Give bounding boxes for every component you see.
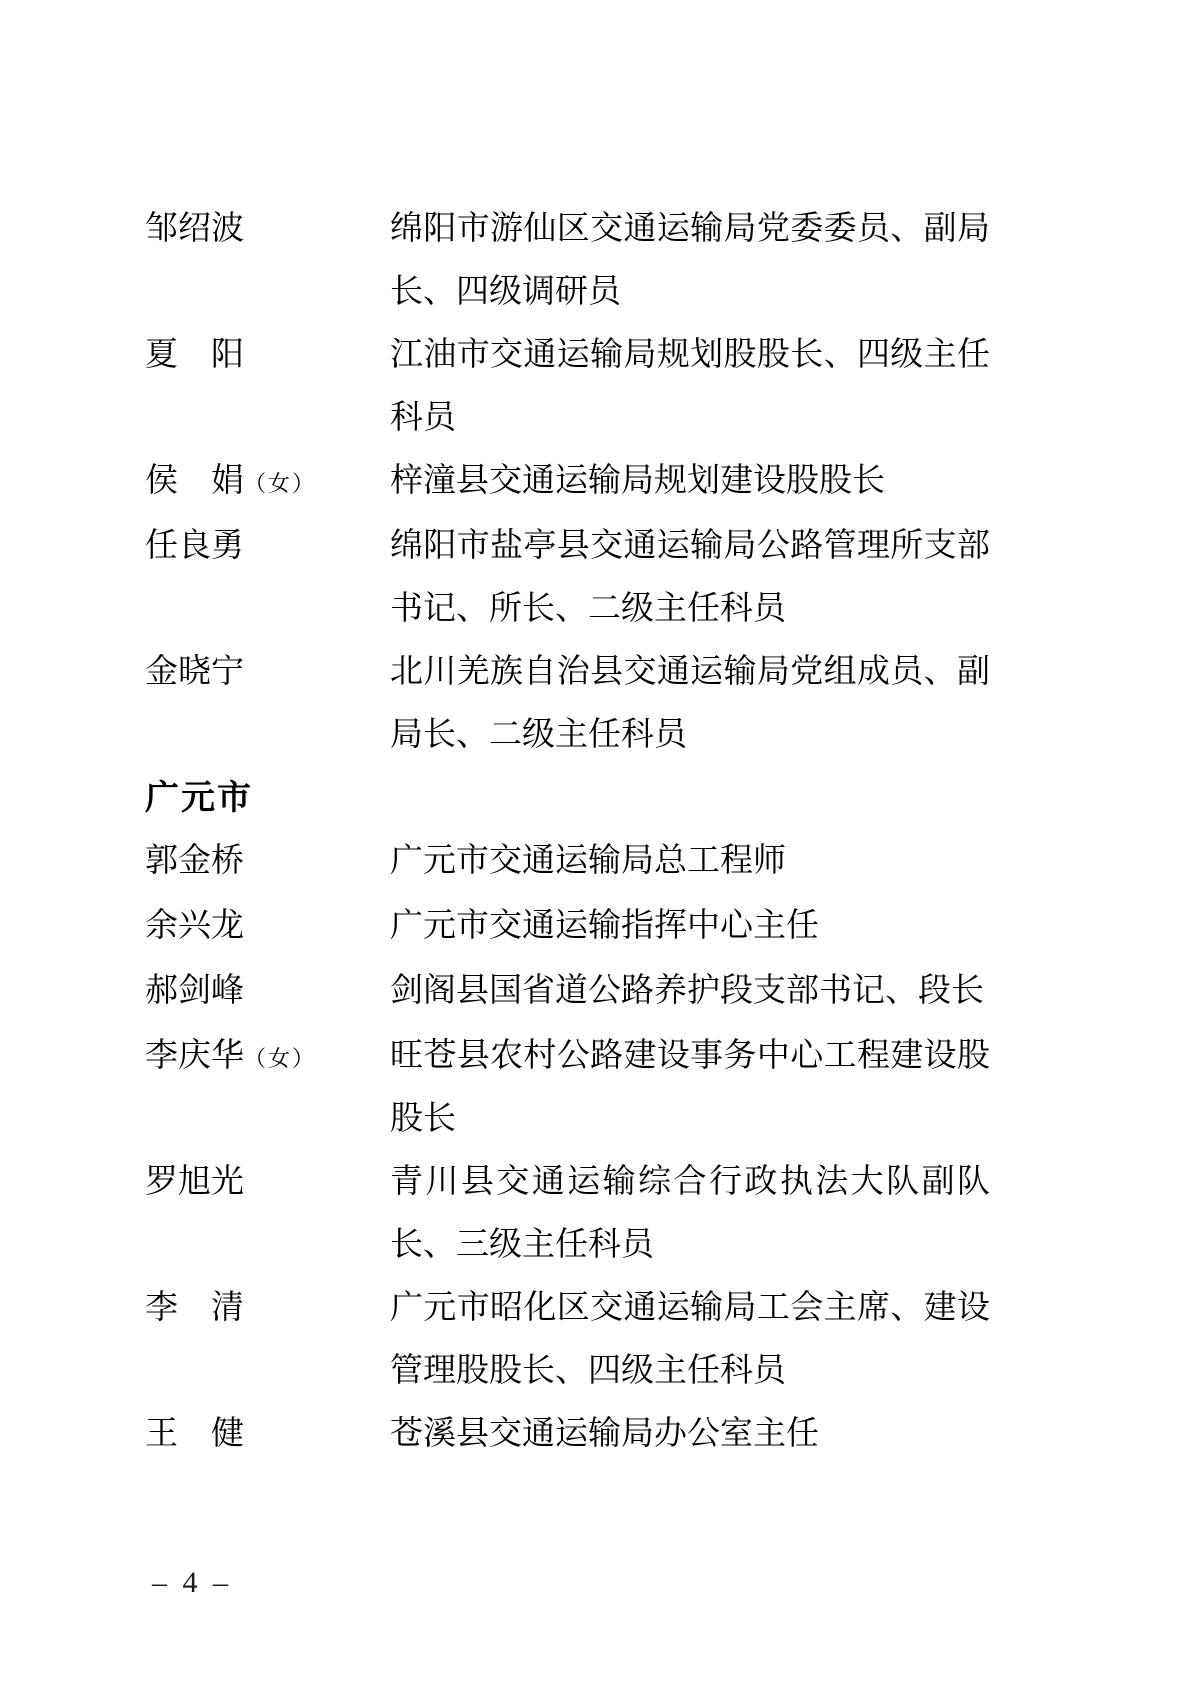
person-name: 邹绍波 xyxy=(145,198,390,263)
page-number: – 4 – xyxy=(152,1563,232,1603)
person-name: 夏 阳 xyxy=(145,324,390,389)
roster-entry: 罗旭光 青川县交通运输综合行政执法大队副队长、三级主任科员 xyxy=(145,1151,1005,1277)
position-title: 江油市交通运输局规划股股长、四级主任科员 xyxy=(390,324,990,450)
position-title: 梓潼县交通运输局规划建设股股长 xyxy=(390,450,990,513)
person-name: 侯 娟（女） xyxy=(145,450,390,515)
person-name: 李 清 xyxy=(145,1277,390,1342)
person-name-text: 侯 娟 xyxy=(145,463,244,499)
person-name-text: 夏 阳 xyxy=(145,337,244,373)
person-name-text: 郭金桥 xyxy=(145,843,244,879)
roster-entry: 侯 娟（女） 梓潼县交通运输局规划建设股股长 xyxy=(145,450,1005,515)
position-title: 广元市昭化区交通运输局工会主席、建设管理股股长、四级主任科员 xyxy=(390,1277,990,1403)
roster-entry: 金晓宁 北川羌族自治县交通运输局党组成员、副局长、二级主任科员 xyxy=(145,641,1005,767)
roster-entry: 李庆华（女） 旺苍县农村公路建设事务中心工程建设股股长 xyxy=(145,1025,1005,1151)
position-title: 广元市交通运输局总工程师 xyxy=(390,830,990,893)
commendation-roster: 邹绍波 绵阳市游仙区交通运输局党委委员、副局长、四级调研员 夏 阳 江油市交通运… xyxy=(145,198,1005,1468)
position-title: 剑阁县国省道公路养护段支部书记、段长 xyxy=(390,960,990,1023)
person-name: 郭金桥 xyxy=(145,830,390,895)
roster-entry: 郝剑峰 剑阁县国省道公路养护段支部书记、段长 xyxy=(145,960,1005,1025)
person-name-text: 邹绍波 xyxy=(145,211,244,247)
roster-entry: 王 健 苍溪县交通运输局办公室主任 xyxy=(145,1403,1005,1468)
position-title: 苍溪县交通运输局办公室主任 xyxy=(390,1403,990,1466)
person-name: 李庆华（女） xyxy=(145,1025,390,1090)
position-title: 旺苍县农村公路建设事务中心工程建设股股长 xyxy=(390,1025,990,1151)
person-name: 余兴龙 xyxy=(145,895,390,960)
roster-entry: 夏 阳 江油市交通运输局规划股股长、四级主任科员 xyxy=(145,324,1005,450)
person-name-text: 罗旭光 xyxy=(145,1164,244,1200)
position-title: 北川羌族自治县交通运输局党组成员、副局长、二级主任科员 xyxy=(390,641,990,767)
person-name-text: 金晓宁 xyxy=(145,654,244,690)
position-title: 绵阳市游仙区交通运输局党委委员、副局长、四级调研员 xyxy=(390,198,990,324)
person-name-text: 王 健 xyxy=(145,1416,244,1452)
roster-entry: 李 清 广元市昭化区交通运输局工会主席、建设管理股股长、四级主任科员 xyxy=(145,1277,1005,1403)
person-name-text: 任良勇 xyxy=(145,528,244,564)
position-title: 广元市交通运输指挥中心主任 xyxy=(390,895,990,958)
position-title: 绵阳市盐亭县交通运输局公路管理所支部书记、所长、二级主任科员 xyxy=(390,515,990,641)
gender-note: （女） xyxy=(244,1046,316,1071)
roster-entry: 郭金桥 广元市交通运输局总工程师 xyxy=(145,830,1005,895)
person-name-text: 余兴龙 xyxy=(145,908,244,944)
person-name: 罗旭光 xyxy=(145,1151,390,1216)
gender-note: （女） xyxy=(244,471,316,496)
document-page: 邹绍波 绵阳市游仙区交通运输局党委委员、副局长、四级调研员 夏 阳 江油市交通运… xyxy=(0,0,1200,1698)
person-name: 金晓宁 xyxy=(145,641,390,706)
position-title: 青川县交通运输综合行政执法大队副队长、三级主任科员 xyxy=(390,1151,990,1277)
roster-entry: 余兴龙 广元市交通运输指挥中心主任 xyxy=(145,895,1005,960)
person-name: 任良勇 xyxy=(145,515,390,580)
person-name: 王 健 xyxy=(145,1403,390,1468)
person-name-text: 郝剑峰 xyxy=(145,973,244,1009)
person-name: 郝剑峰 xyxy=(145,960,390,1025)
section-header-city: 广元市 xyxy=(145,767,1005,830)
person-name-text: 李 清 xyxy=(145,1290,244,1326)
roster-entry: 邹绍波 绵阳市游仙区交通运输局党委委员、副局长、四级调研员 xyxy=(145,198,1005,324)
roster-entry: 任良勇 绵阳市盐亭县交通运输局公路管理所支部书记、所长、二级主任科员 xyxy=(145,515,1005,641)
person-name-text: 李庆华 xyxy=(145,1038,244,1074)
